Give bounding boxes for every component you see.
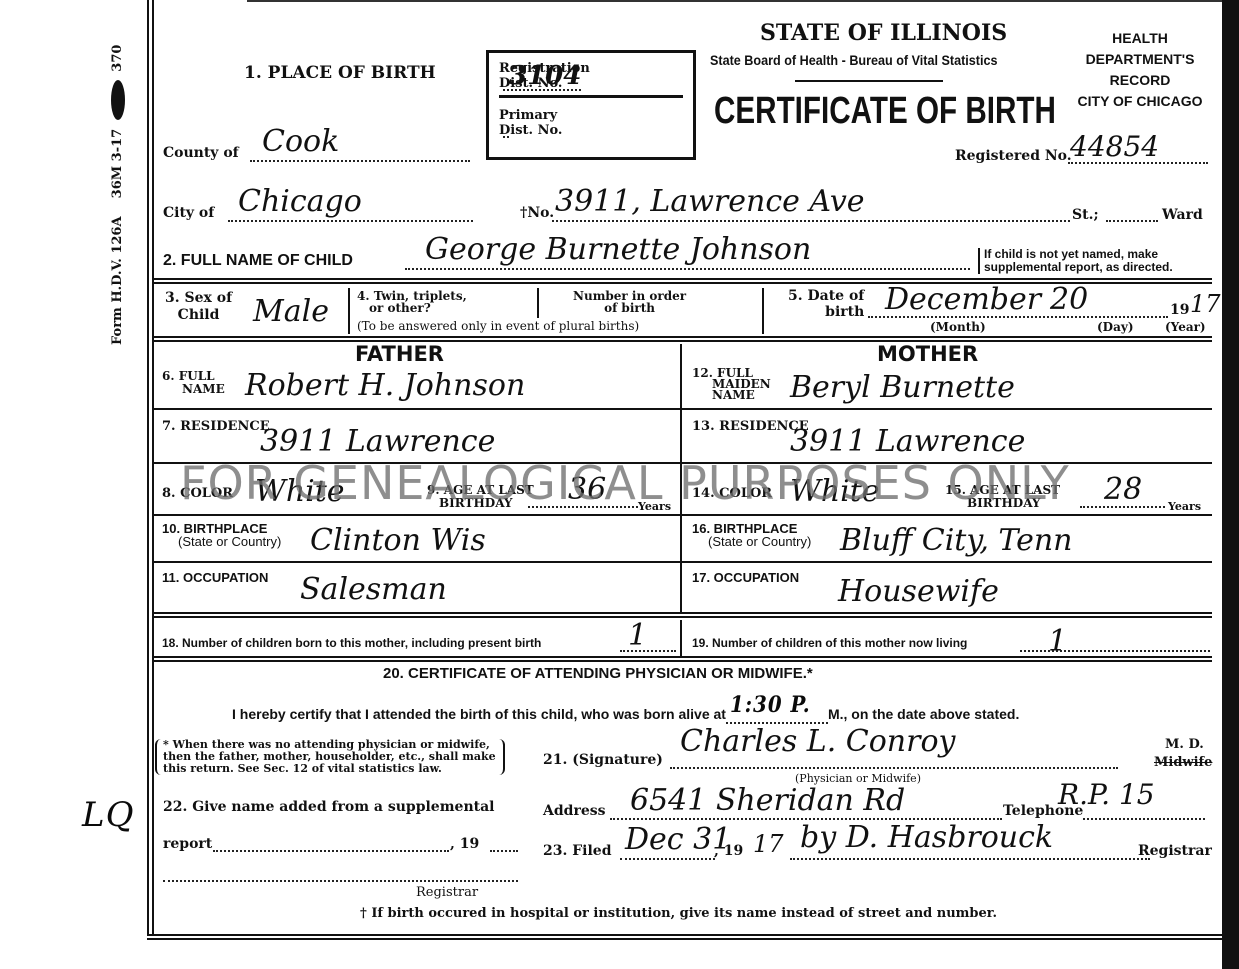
plural-divider — [762, 288, 764, 334]
union-number: 370 — [110, 45, 125, 72]
address-value: 6541 Sheridan Rd — [630, 783, 905, 818]
filed-date-line — [620, 858, 715, 860]
mother-age-label-2: BIRTHDAY — [945, 497, 1060, 510]
supplemental-name-line — [213, 850, 449, 852]
supplemental-label-2: report — [163, 836, 212, 852]
address-label: Address — [543, 803, 606, 819]
divider-after-children — [154, 656, 1212, 662]
birth-time-field: 1:30 P. — [726, 706, 828, 724]
registration-divider — [499, 95, 683, 98]
dob-label-1: 5. Date of — [788, 288, 864, 304]
certify-text-2: M., on the date above stated. — [828, 706, 1019, 722]
page-bottom-border — [147, 934, 1227, 940]
county-label: County of — [163, 145, 239, 161]
registration-district-value: 3104 — [503, 63, 581, 91]
father-occupation-value: Salesman — [300, 572, 447, 607]
dob-year-prefix: 19 — [1170, 302, 1189, 318]
street-line — [552, 220, 1070, 222]
father-name-line — [154, 408, 680, 410]
telephone-line — [1083, 818, 1205, 820]
children-born-value: 1 — [628, 618, 647, 653]
dept-line-3: RECORD — [1070, 70, 1210, 91]
divider-after-dob — [154, 336, 1212, 342]
mother-name-label-3: NAME — [692, 390, 771, 401]
mother-birthplace-label: 16. BIRTHPLACE (State or Country) — [692, 522, 811, 548]
street-suffix-label: St.; — [1072, 207, 1099, 223]
father-residence-line — [154, 462, 680, 464]
page-right-edge — [1222, 0, 1239, 969]
mother-color-label: 14. COLOR — [692, 487, 772, 500]
street-value: 3911, Lawrence Ave — [555, 184, 865, 219]
mother-residence-value: 3911 Lawrence — [790, 424, 1025, 459]
sex-divider — [348, 288, 350, 334]
sex-label-2: Child — [165, 307, 232, 324]
physician-section-title: 20. CERTIFICATE OF ATTENDING PHYSICIAN O… — [383, 665, 813, 682]
dob-day-value: 20 — [1050, 282, 1088, 317]
father-birthplace-value: Clinton Wis — [310, 523, 486, 558]
mother-heading: MOTHER — [877, 342, 978, 366]
father-birthplace-label: 10. BIRTHPLACE (State or Country) — [162, 522, 281, 548]
filed-registrar-label: Registrar — [1138, 843, 1212, 859]
dob-month-value: December — [885, 282, 1041, 317]
father-birthplace-line — [154, 561, 680, 563]
certify-text-1: I hereby certify that I attended the bir… — [232, 706, 726, 722]
sex-label-1: 3. Sex of — [165, 290, 232, 307]
father-name-label-2: NAME — [162, 383, 225, 396]
twin-label: 4. Twin, triplets, or other? — [357, 290, 467, 314]
filed-year-value: 17 — [753, 830, 784, 858]
margin-mark: LQ — [82, 795, 134, 835]
supplemental-year-prefix: , 19 — [450, 836, 479, 852]
name-note-line-2: supplemental report, as directed. — [984, 261, 1173, 274]
child-name-value: George Burnette Johnson — [425, 232, 811, 267]
union-seal-icon — [111, 80, 125, 120]
mother-birthplace-line — [682, 561, 1212, 563]
children-living-value: 1 — [1048, 624, 1067, 659]
year-caption: (Year) — [1165, 321, 1206, 334]
supplemental-label-1: 22. Give name added from a supplemental — [163, 799, 494, 815]
father-color-line — [154, 514, 680, 516]
filed-registrar-value: by D. Hasbrouck — [800, 820, 1053, 855]
father-age-label: 9. AGE AT LAST BIRTHDAY — [427, 484, 534, 510]
mother-years-label: Years — [1168, 500, 1201, 513]
agency-underline — [795, 80, 943, 82]
registered-no-label: Registered No. — [955, 148, 1072, 164]
dob-label: 5. Date of birth — [788, 288, 864, 320]
signature-value: Charles L. Conroy — [680, 724, 955, 759]
mother-color-value: White — [790, 474, 880, 509]
children-born-label: 18. Number of children born to this moth… — [162, 637, 541, 650]
registration-box: Registration Dist. No. 3104 Primary Dist… — [486, 50, 696, 160]
page-left-border — [147, 0, 154, 935]
city-value: Chicago — [238, 184, 362, 219]
supplemental-year-line — [490, 850, 518, 852]
father-age-label-2: BIRTHDAY — [427, 497, 534, 510]
order-label: Number in order of birth — [573, 290, 686, 314]
dagger-footnote: † If birth occured in hospital or instit… — [360, 907, 997, 920]
mother-name-value: Beryl Burnette — [790, 370, 1015, 405]
county-line — [250, 160, 470, 162]
plural-births-note: (To be answered only in event of plural … — [357, 320, 639, 333]
father-color-value: White — [255, 474, 345, 509]
children-divider — [680, 620, 682, 656]
day-caption: (Day) — [1097, 321, 1134, 334]
md-label: M. D. — [1165, 738, 1204, 751]
registered-no-value: 44854 — [1070, 130, 1159, 163]
father-name-value: Robert H. Johnson — [245, 368, 525, 403]
twin-label-2: or other? — [357, 302, 467, 314]
side-form-info: Form H.D.V. 126A 36M 3-17 370 — [110, 45, 125, 345]
certificate-title: CERTIFICATE OF BIRTH — [714, 90, 1056, 133]
father-residence-label: 7. RESIDENCE — [162, 420, 270, 433]
order-label-2: of birth — [573, 302, 686, 314]
parents-center-divider — [680, 344, 682, 612]
father-occupation-label: 11. OCCUPATION — [162, 571, 268, 584]
signature-line — [670, 767, 1118, 769]
father-age-value: 36 — [568, 472, 606, 507]
father-years-label: Years — [638, 500, 671, 513]
dept-line-1: HEALTH — [1070, 28, 1210, 49]
child-name-label: 2. FULL NAME OF CHILD — [163, 252, 353, 270]
sex-value: Male — [253, 294, 329, 329]
children-living-label: 19. Number of children of this mother no… — [692, 637, 967, 650]
mother-birthplace-sub: (State or Country) — [692, 535, 811, 548]
mother-occupation-value: Housewife — [838, 574, 999, 609]
state-title: STATE OF ILLINOIS — [760, 20, 1007, 46]
mother-residence-line — [682, 462, 1212, 464]
month-caption: (Month) — [930, 321, 986, 334]
primary-district-value — [503, 112, 509, 138]
city-label: City of — [163, 205, 214, 221]
filed-label: 23. Filed — [543, 843, 612, 859]
mother-color-line — [682, 514, 1212, 516]
mother-name-line — [682, 408, 1212, 410]
dept-line-4: CITY OF CHICAGO — [1070, 91, 1210, 112]
physician-footnote: * When there was no attending physician … — [155, 739, 505, 775]
place-of-birth-heading: 1. PLACE OF BIRTH — [244, 63, 436, 83]
father-name-label: 6. FULL NAME — [162, 370, 225, 396]
father-birthplace-sub: (State or Country) — [162, 535, 281, 548]
certify-statement: I hereby certify that I attended the bir… — [232, 706, 1019, 724]
print-code: 36M 3-17 — [110, 129, 125, 199]
filed-year-prefix: , 19 — [714, 843, 743, 859]
father-residence-value: 3911 Lawrence — [260, 424, 495, 459]
child-name-note: If child is not yet named, make suppleme… — [978, 248, 1173, 274]
filed-registrar-line — [790, 858, 1150, 860]
page-top-border — [247, 0, 1227, 2]
health-dept-record: HEALTH DEPARTMENT'S RECORD CITY OF CHICA… — [1070, 28, 1210, 112]
telephone-value: R.P. 15 — [1058, 778, 1155, 811]
signature-label: 21. (Signature) — [543, 752, 663, 768]
mother-age-value: 28 — [1104, 472, 1142, 507]
mother-birthplace-value: Bluff City, Tenn — [840, 523, 1072, 558]
mother-occupation-label: 17. OCCUPATION — [692, 571, 799, 584]
agency-subtitle: State Board of Health - Bureau of Vital … — [710, 52, 998, 68]
mother-name-label: 12. FULL MAIDEN NAME — [692, 368, 771, 401]
ward-line — [1106, 220, 1158, 222]
supplemental-registrar-label: Registrar — [416, 886, 478, 899]
dob-label-2: birth — [788, 304, 864, 320]
city-line — [228, 220, 473, 222]
birth-time-value: 1:30 P. — [730, 692, 811, 718]
ward-label: Ward — [1162, 207, 1203, 223]
father-heading: FATHER — [355, 342, 444, 366]
mother-age-label: 15. AGE AT LAST BIRTHDAY — [945, 484, 1060, 510]
street-no-label: †No. — [520, 205, 554, 221]
sex-label: 3. Sex of Child — [165, 290, 232, 324]
dob-year-value: 17 — [1190, 290, 1221, 318]
father-color-label: 8. COLOR — [162, 487, 233, 500]
dept-line-2: DEPARTMENT'S — [1070, 49, 1210, 70]
twin-divider — [537, 288, 539, 318]
divider-after-occupation — [154, 612, 1212, 618]
form-number: Form H.D.V. 126A — [110, 216, 125, 345]
supplemental-registrar-line — [163, 880, 518, 882]
county-value: Cook — [262, 124, 339, 159]
midwife-label: Midwife — [1154, 756, 1212, 769]
child-name-line — [405, 268, 970, 270]
